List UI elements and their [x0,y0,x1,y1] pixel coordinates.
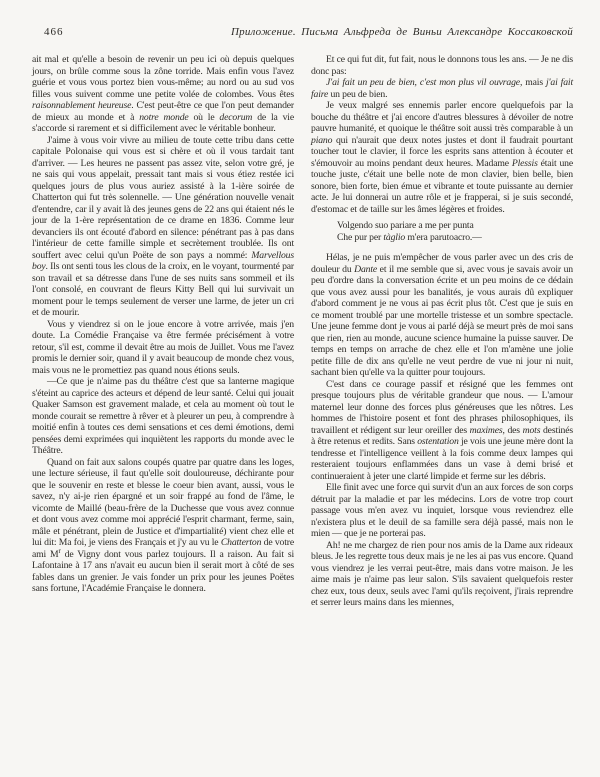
text-column: Et ce qui fut dit, fut fait, nous le don… [311,54,573,609]
text-run: Et ce qui fut dit, fut fait, nous le don… [311,54,573,77]
paragraph: ait mal et qu'elle a besoin de revenir u… [32,54,294,135]
paragraph: —Ce que je n'aime pas du théâtre c'est q… [32,376,294,457]
paragraph: Ah! ne me chargez de rien pour nos amis … [311,540,573,609]
text-run: m'era parutoacro.— [405,232,482,243]
paragraph: Vous y viendrez si on le joue encore à v… [32,319,294,377]
italic-run: raisonnablement heureuse [32,100,131,111]
running-title: Приложение. Письма Альфреда де Виньи Але… [231,26,573,38]
text-run: —Ce que je n'aime pas du théâtre c'est q… [32,376,294,456]
italic-run: Plessis [512,158,538,169]
text-run: , des [503,425,523,436]
italic-run: decorum [219,112,252,123]
italic-run: J'ai fait un peu de bien, c'est mon plus… [326,77,522,88]
paragraph: Hélas, je ne puis m'empêcher de vous par… [311,252,573,379]
text-run: . Ils ont senti tous les clous de la cro… [32,261,294,318]
text-run: J'aime à vous voir vivre au milieu de to… [32,135,294,261]
text-run: Ah! ne me chargez de rien pour nos amis … [311,540,573,609]
text-run: ait mal et qu'elle a besoin de revenir u… [32,54,294,100]
verse-line: Volgendo suo pariare a me per punta [337,220,573,232]
verse-line: Che pur per tàglio m'era parutoacro.— [337,232,573,244]
text-run: Je veux malgré ses ennemis parler encore… [311,100,573,134]
text-run: Che pur per [337,232,383,243]
paragraph: Et ce qui fut dit, fut fait, nous le don… [311,54,573,77]
running-head: 466 Приложение. Письма Альфреда де Виньи… [32,26,573,38]
text-columns: ait mal et qu'elle a besoin de revenir u… [32,54,573,609]
italic-run: tàglio [383,232,405,243]
text-run: Volgendo suo pariare a me per punta [337,220,474,231]
italic-run: Chatterton [221,537,261,548]
paragraph: Elle finit avec une force qui survit d'u… [311,482,573,540]
italic-run: Dante [354,264,377,275]
paragraph: J'aime à vous voir vivre au milieu de to… [32,135,294,319]
italic-run: mots [523,425,541,436]
paragraph: Quand on fait aux salons coupés quatre p… [32,457,294,595]
italic-run: notre monde [139,112,188,123]
text-run: mais [522,77,546,88]
paragraph: C'est dans ce courage passif et résigné … [311,379,573,483]
text-run: un peu de bien. [328,89,387,100]
page-number: 466 [32,26,64,38]
italic-run: maximes [470,425,503,436]
paragraph: J'ai fait un peu de bien, c'est mon plus… [311,77,573,100]
italic-run: ostentation [417,436,458,447]
text-run: Quand on fait aux salons coupés quatre p… [32,457,294,549]
book-page: 466 Приложение. Письма Альфреда де Виньи… [0,0,600,777]
text-run: Elle finit avec une force qui survit d'u… [311,482,573,539]
text-run: de Vigny dont vous parlez toujours. Il a… [32,549,294,595]
text-column: ait mal et qu'elle a besoin de revenir u… [32,54,294,609]
text-run: Vous y viendrez si on le joue encore à v… [32,319,294,376]
italic-run: piano [311,135,332,146]
text-run: où le [189,112,220,123]
text-run: et il me semble que si, avec vous je sav… [311,264,573,379]
paragraph: Je veux malgré ses ennemis parler encore… [311,100,573,215]
verse-paragraph: Volgendo suo pariare a me per puntaChe p… [337,220,573,243]
